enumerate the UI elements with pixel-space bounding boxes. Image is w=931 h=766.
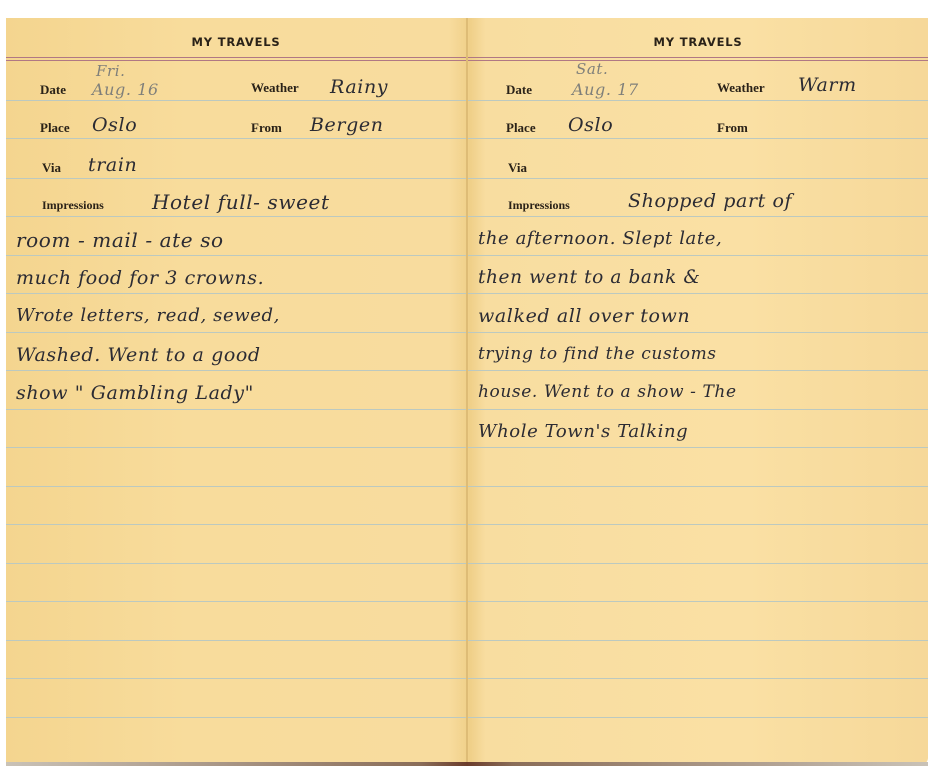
date-day-value: Sat. bbox=[576, 60, 608, 78]
impressions-line: Shopped part of bbox=[628, 190, 792, 212]
ruled-line bbox=[468, 293, 928, 294]
header-rule bbox=[6, 60, 466, 61]
from-label: From bbox=[251, 120, 282, 136]
date-value: Aug. 16 bbox=[92, 80, 159, 99]
ruled-line bbox=[6, 678, 466, 679]
impressions-line: Wrote letters, read, sewed, bbox=[16, 305, 280, 326]
ruled-line bbox=[468, 563, 928, 564]
impressions-line: the afternoon. Slept late, bbox=[478, 228, 722, 249]
impressions-line: trying to find the customs bbox=[478, 344, 717, 364]
via-label: Via bbox=[42, 160, 61, 176]
date-label: Date bbox=[506, 82, 532, 98]
impressions-line: room - mail - ate so bbox=[16, 228, 224, 252]
via-value: train bbox=[88, 154, 137, 176]
ruled-line bbox=[6, 332, 466, 333]
weather-label: Weather bbox=[717, 80, 765, 96]
ruled-line bbox=[6, 100, 466, 101]
impressions-label: Impressions bbox=[508, 198, 570, 213]
weather-value: Rainy bbox=[330, 76, 388, 98]
impressions-line: much food for 3 crowns. bbox=[16, 267, 264, 289]
place-label: Place bbox=[506, 120, 536, 136]
left-page: MY TRAVELS Date Fri. Aug. 16 Weather Rai… bbox=[6, 18, 466, 764]
ruled-line bbox=[468, 409, 928, 410]
ruled-line bbox=[468, 100, 928, 101]
impressions-line: house. Went to a show - The bbox=[478, 382, 737, 402]
ruled-line bbox=[468, 601, 928, 602]
weather-value: Warm bbox=[798, 74, 857, 96]
ruled-line bbox=[468, 717, 928, 718]
impressions-line: Hotel full- sweet bbox=[152, 190, 330, 214]
from-value: Bergen bbox=[310, 114, 384, 136]
page-title: MY TRAVELS bbox=[468, 35, 928, 49]
right-page: MY TRAVELS Date Sat. Aug. 17 Weather War… bbox=[468, 18, 928, 764]
ruled-line bbox=[6, 486, 466, 487]
from-label: From bbox=[717, 120, 748, 136]
date-day-value: Fri. bbox=[96, 62, 126, 80]
via-label: Via bbox=[508, 160, 527, 176]
impressions-label: Impressions bbox=[42, 198, 104, 213]
ruled-line bbox=[468, 138, 928, 139]
ruled-line bbox=[468, 678, 928, 679]
ruled-line bbox=[6, 524, 466, 525]
date-value: Aug. 17 bbox=[572, 80, 639, 99]
ruled-line bbox=[468, 524, 928, 525]
ruled-line bbox=[6, 601, 466, 602]
page-title: MY TRAVELS bbox=[6, 35, 466, 49]
header-rule bbox=[6, 57, 466, 58]
weather-label: Weather bbox=[251, 80, 299, 96]
ruled-line bbox=[468, 255, 928, 256]
impressions-line: walked all over town bbox=[478, 305, 690, 327]
impressions-line: Whole Town's Talking bbox=[478, 421, 688, 442]
ruled-line bbox=[6, 178, 466, 179]
ruled-line bbox=[6, 216, 466, 217]
ruled-line bbox=[468, 486, 928, 487]
travel-journal-spread: MY TRAVELS Date Fri. Aug. 16 Weather Rai… bbox=[6, 18, 928, 764]
ruled-line bbox=[468, 370, 928, 371]
impressions-line: then went to a bank & bbox=[478, 267, 700, 288]
ruled-line bbox=[6, 370, 466, 371]
header-rule bbox=[468, 57, 928, 58]
place-label: Place bbox=[40, 120, 70, 136]
ruled-line bbox=[468, 178, 928, 179]
impressions-line: Washed. Went to a good bbox=[16, 344, 261, 366]
impressions-line: show " Gambling Lady" bbox=[16, 382, 254, 404]
date-label: Date bbox=[40, 82, 66, 98]
ruled-line bbox=[6, 293, 466, 294]
ruled-line bbox=[468, 447, 928, 448]
ruled-line bbox=[6, 138, 466, 139]
ruled-line bbox=[6, 447, 466, 448]
ruled-line bbox=[6, 255, 466, 256]
place-value: Oslo bbox=[568, 114, 613, 136]
ruled-line bbox=[468, 216, 928, 217]
ruled-line bbox=[6, 640, 466, 641]
ruled-line bbox=[468, 332, 928, 333]
ruled-line bbox=[6, 563, 466, 564]
header-rule bbox=[468, 60, 928, 61]
ruled-line bbox=[6, 717, 466, 718]
book-bottom-edge bbox=[6, 762, 928, 766]
ruled-line bbox=[6, 409, 466, 410]
ruled-line bbox=[468, 640, 928, 641]
place-value: Oslo bbox=[92, 114, 137, 136]
